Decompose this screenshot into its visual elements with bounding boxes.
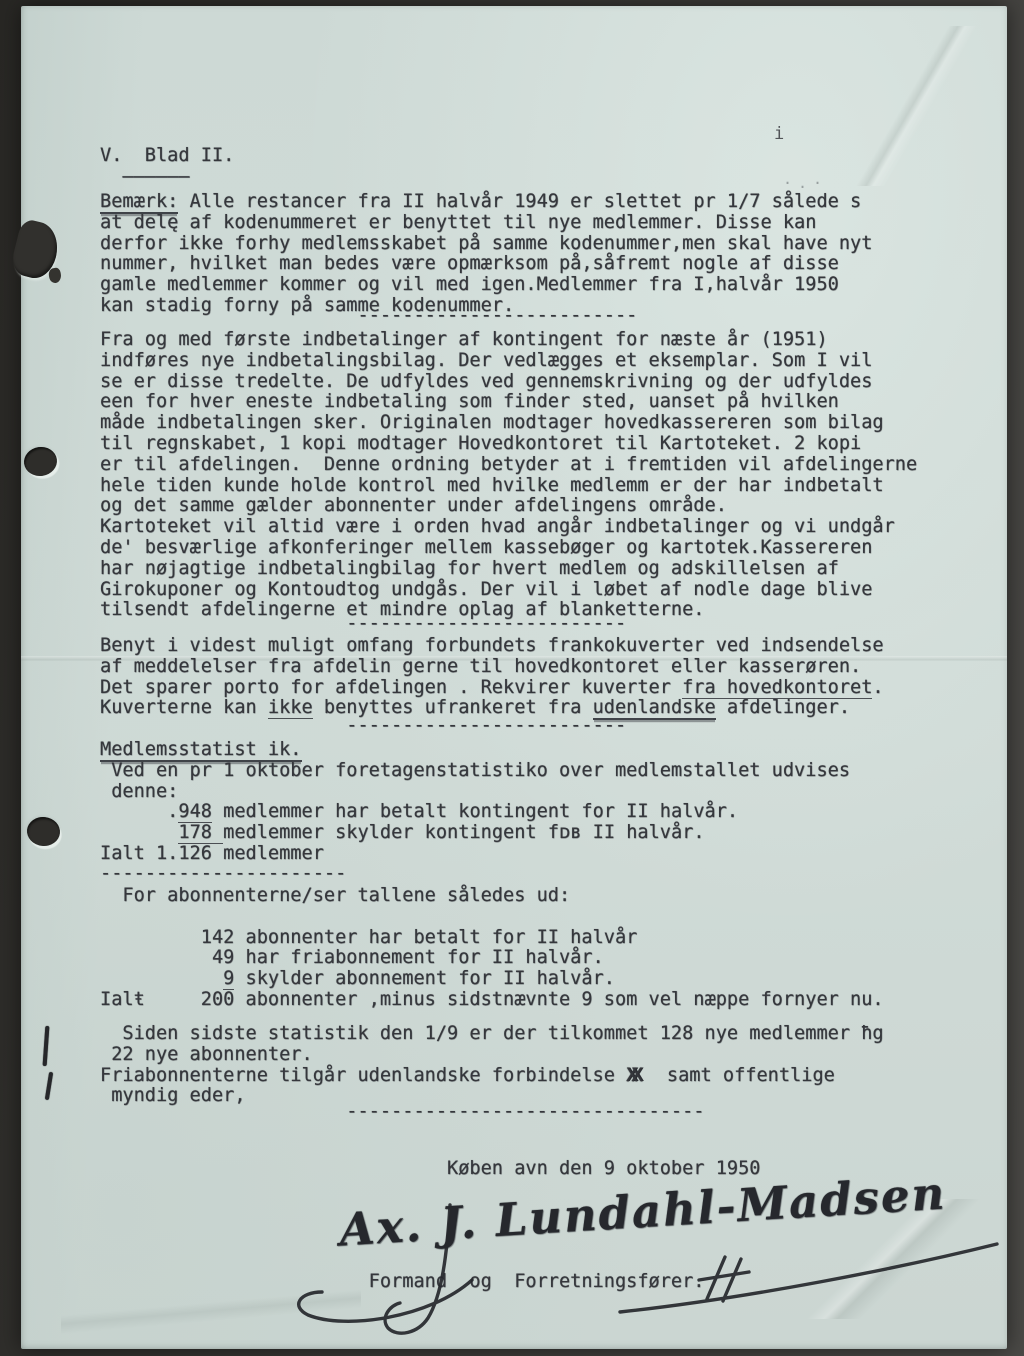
signature-hatch <box>699 1272 749 1280</box>
scan-background: { "page": { "background_color": "#383734… <box>0 0 1024 1356</box>
signature-right-swash <box>620 1244 997 1312</box>
signature-j-descender <box>385 1205 450 1333</box>
document-page: i ·.· V. Blad II. ——————Bemærk: Alle res… <box>21 6 1007 1349</box>
signature-flourish <box>21 6 1007 1349</box>
